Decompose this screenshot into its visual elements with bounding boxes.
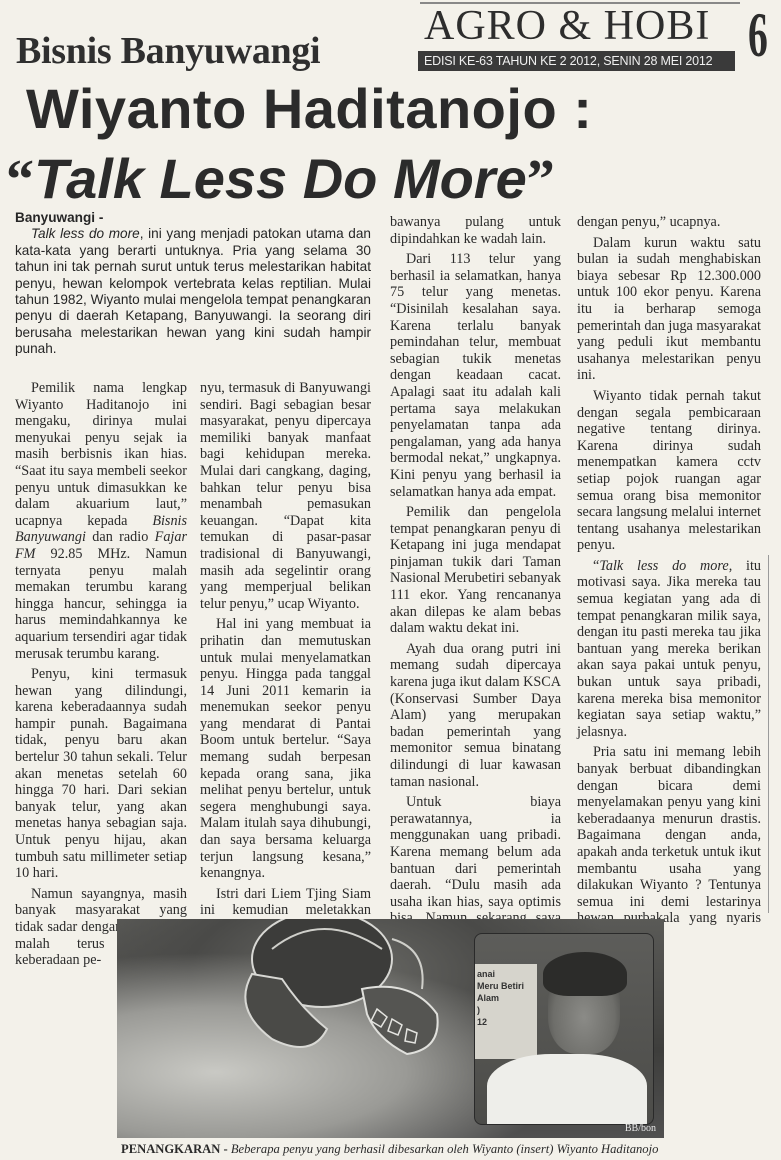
text: , itu motivasi saya. Jika mereka tau sem…: [577, 558, 761, 740]
paragraph: Pria satu ini memang lebih banyak berbua…: [577, 744, 761, 943]
paragraph: Pemilik dan pengelola tempat penangkaran…: [390, 504, 561, 637]
page-number: 6: [748, 2, 768, 68]
paragraph: Ayah dua orang putri ini memang sudah di…: [390, 641, 561, 790]
photo-caption: PENANGKARAN - Beberapa penyu yang berhas…: [121, 1141, 658, 1157]
lead-body: , ini yang menjadi patokan utama dan kat…: [15, 226, 371, 356]
italic-quote: Talk less do more: [599, 558, 728, 574]
lead-paragraph: Banyuwangi - Talk less do more, ini yang…: [15, 210, 371, 358]
sea-turtle-illustration: [212, 919, 462, 1069]
paragraph: dengan penyu,” ucapnya.: [577, 214, 761, 231]
column-rule: [768, 555, 769, 913]
lead-italic-phrase: Talk less do more: [31, 226, 140, 241]
paragraph: Wiyanto tidak pernah takut dengan segala…: [577, 388, 761, 554]
paragraph: Dari 113 telur yang berhasil ia selamatk…: [390, 251, 561, 500]
paragraph: “Talk less do more, itu motivasi saya. J…: [577, 558, 761, 741]
headline-quote: “Talk Less Do More”: [6, 146, 555, 213]
article-photo: anai Meru Betiri Alam ) 12 BB/bon: [117, 919, 664, 1138]
publication-kicker: Bisnis Banyuwangi: [16, 30, 320, 72]
edition-bar: EDISI KE-63 TAHUN KE 2 2012, SENIN 28 ME…: [418, 51, 735, 71]
caption-text: Beberapa penyu yang berhasil dibesarkan …: [231, 1142, 659, 1156]
article-column-1: Pemilik nama lengkap Wiyanto Haditanojo …: [15, 380, 187, 973]
paragraph: Pemilik nama lengkap Wiyanto Haditanojo …: [15, 380, 187, 662]
paragraph: nyu, termasuk di Banyuwangi sendiri. Bag…: [200, 380, 371, 612]
person-shirt: [487, 1054, 647, 1125]
photo-credit: BB/bon: [625, 1123, 656, 1134]
person-hair: [543, 952, 627, 996]
text: Pemilik nama lengkap Wiyanto Haditanojo …: [15, 380, 187, 529]
article-column-4: dengan penyu,” ucapnya. Dalam kurun wakt…: [577, 214, 761, 948]
headline-quote-text: Talk Less Do More: [34, 147, 527, 210]
text: dan radio: [86, 529, 155, 545]
paragraph: Hal ini yang membuat ia prihatin dan mem…: [200, 616, 371, 882]
article-column-2: nyu, termasuk di Banyuwangi sendiri. Bag…: [200, 380, 371, 989]
dateline: Banyuwangi -: [15, 210, 371, 226]
inset-banner: anai Meru Betiri Alam ) 12: [475, 964, 537, 1059]
article-column-3: bawanya pulang untuk dipindahkan ke wada…: [390, 214, 561, 997]
lead-text: Talk less do more, ini yang menjadi pato…: [15, 226, 371, 357]
paragraph: Penyu, kini termasuk hewan yang dilindun…: [15, 666, 187, 882]
text: Pria satu ini memang lebih banyak berbua…: [577, 744, 761, 943]
close-quote: ”: [527, 149, 555, 211]
text: 92.85 MHz. Namun ternyata penyu malah me…: [15, 546, 187, 662]
caption-label: PENANGKARAN -: [121, 1142, 231, 1156]
inset-portrait: anai Meru Betiri Alam ) 12: [474, 933, 654, 1125]
paragraph: bawanya pulang untuk dipindahkan ke wada…: [390, 214, 561, 247]
headline-name: Wiyanto Haditanojo :: [26, 76, 592, 142]
paragraph: Dalam kurun waktu satu bulan ia sudah me…: [577, 235, 761, 384]
section-title: AGRO & HOBI: [424, 2, 710, 50]
open-quote: “: [6, 149, 34, 211]
